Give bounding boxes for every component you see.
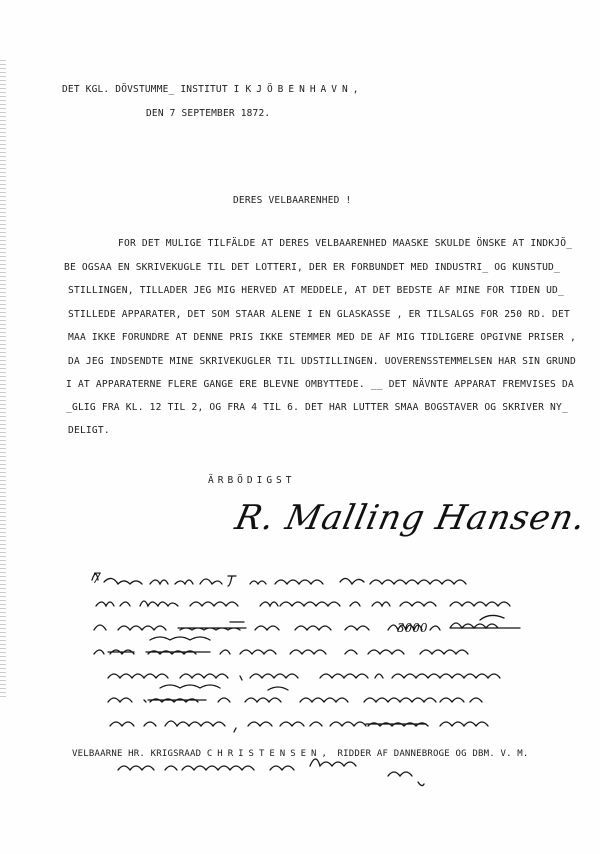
scanned-letter-page: DET KGL. DÖVSTUMME_ INSTITUT I KJÖBENHAV… <box>0 0 600 854</box>
addressee-prefix: VELBAARNE HR. KRIGSRAAD <box>72 749 201 759</box>
handwritten-number: 7 <box>92 571 101 587</box>
handwritten-annotation: 7 3000 <box>0 0 600 854</box>
handwritten-number: 3000 <box>397 621 428 635</box>
addressee-suffix: RIDDER AF DANNEBROGE OG DBM. V. M. <box>338 749 529 759</box>
addressee: VELBAARNE HR. KRIGSRAAD CHRISTENSEN, RID… <box>72 749 529 759</box>
addressee-name: CHRISTENSEN, <box>207 749 332 759</box>
